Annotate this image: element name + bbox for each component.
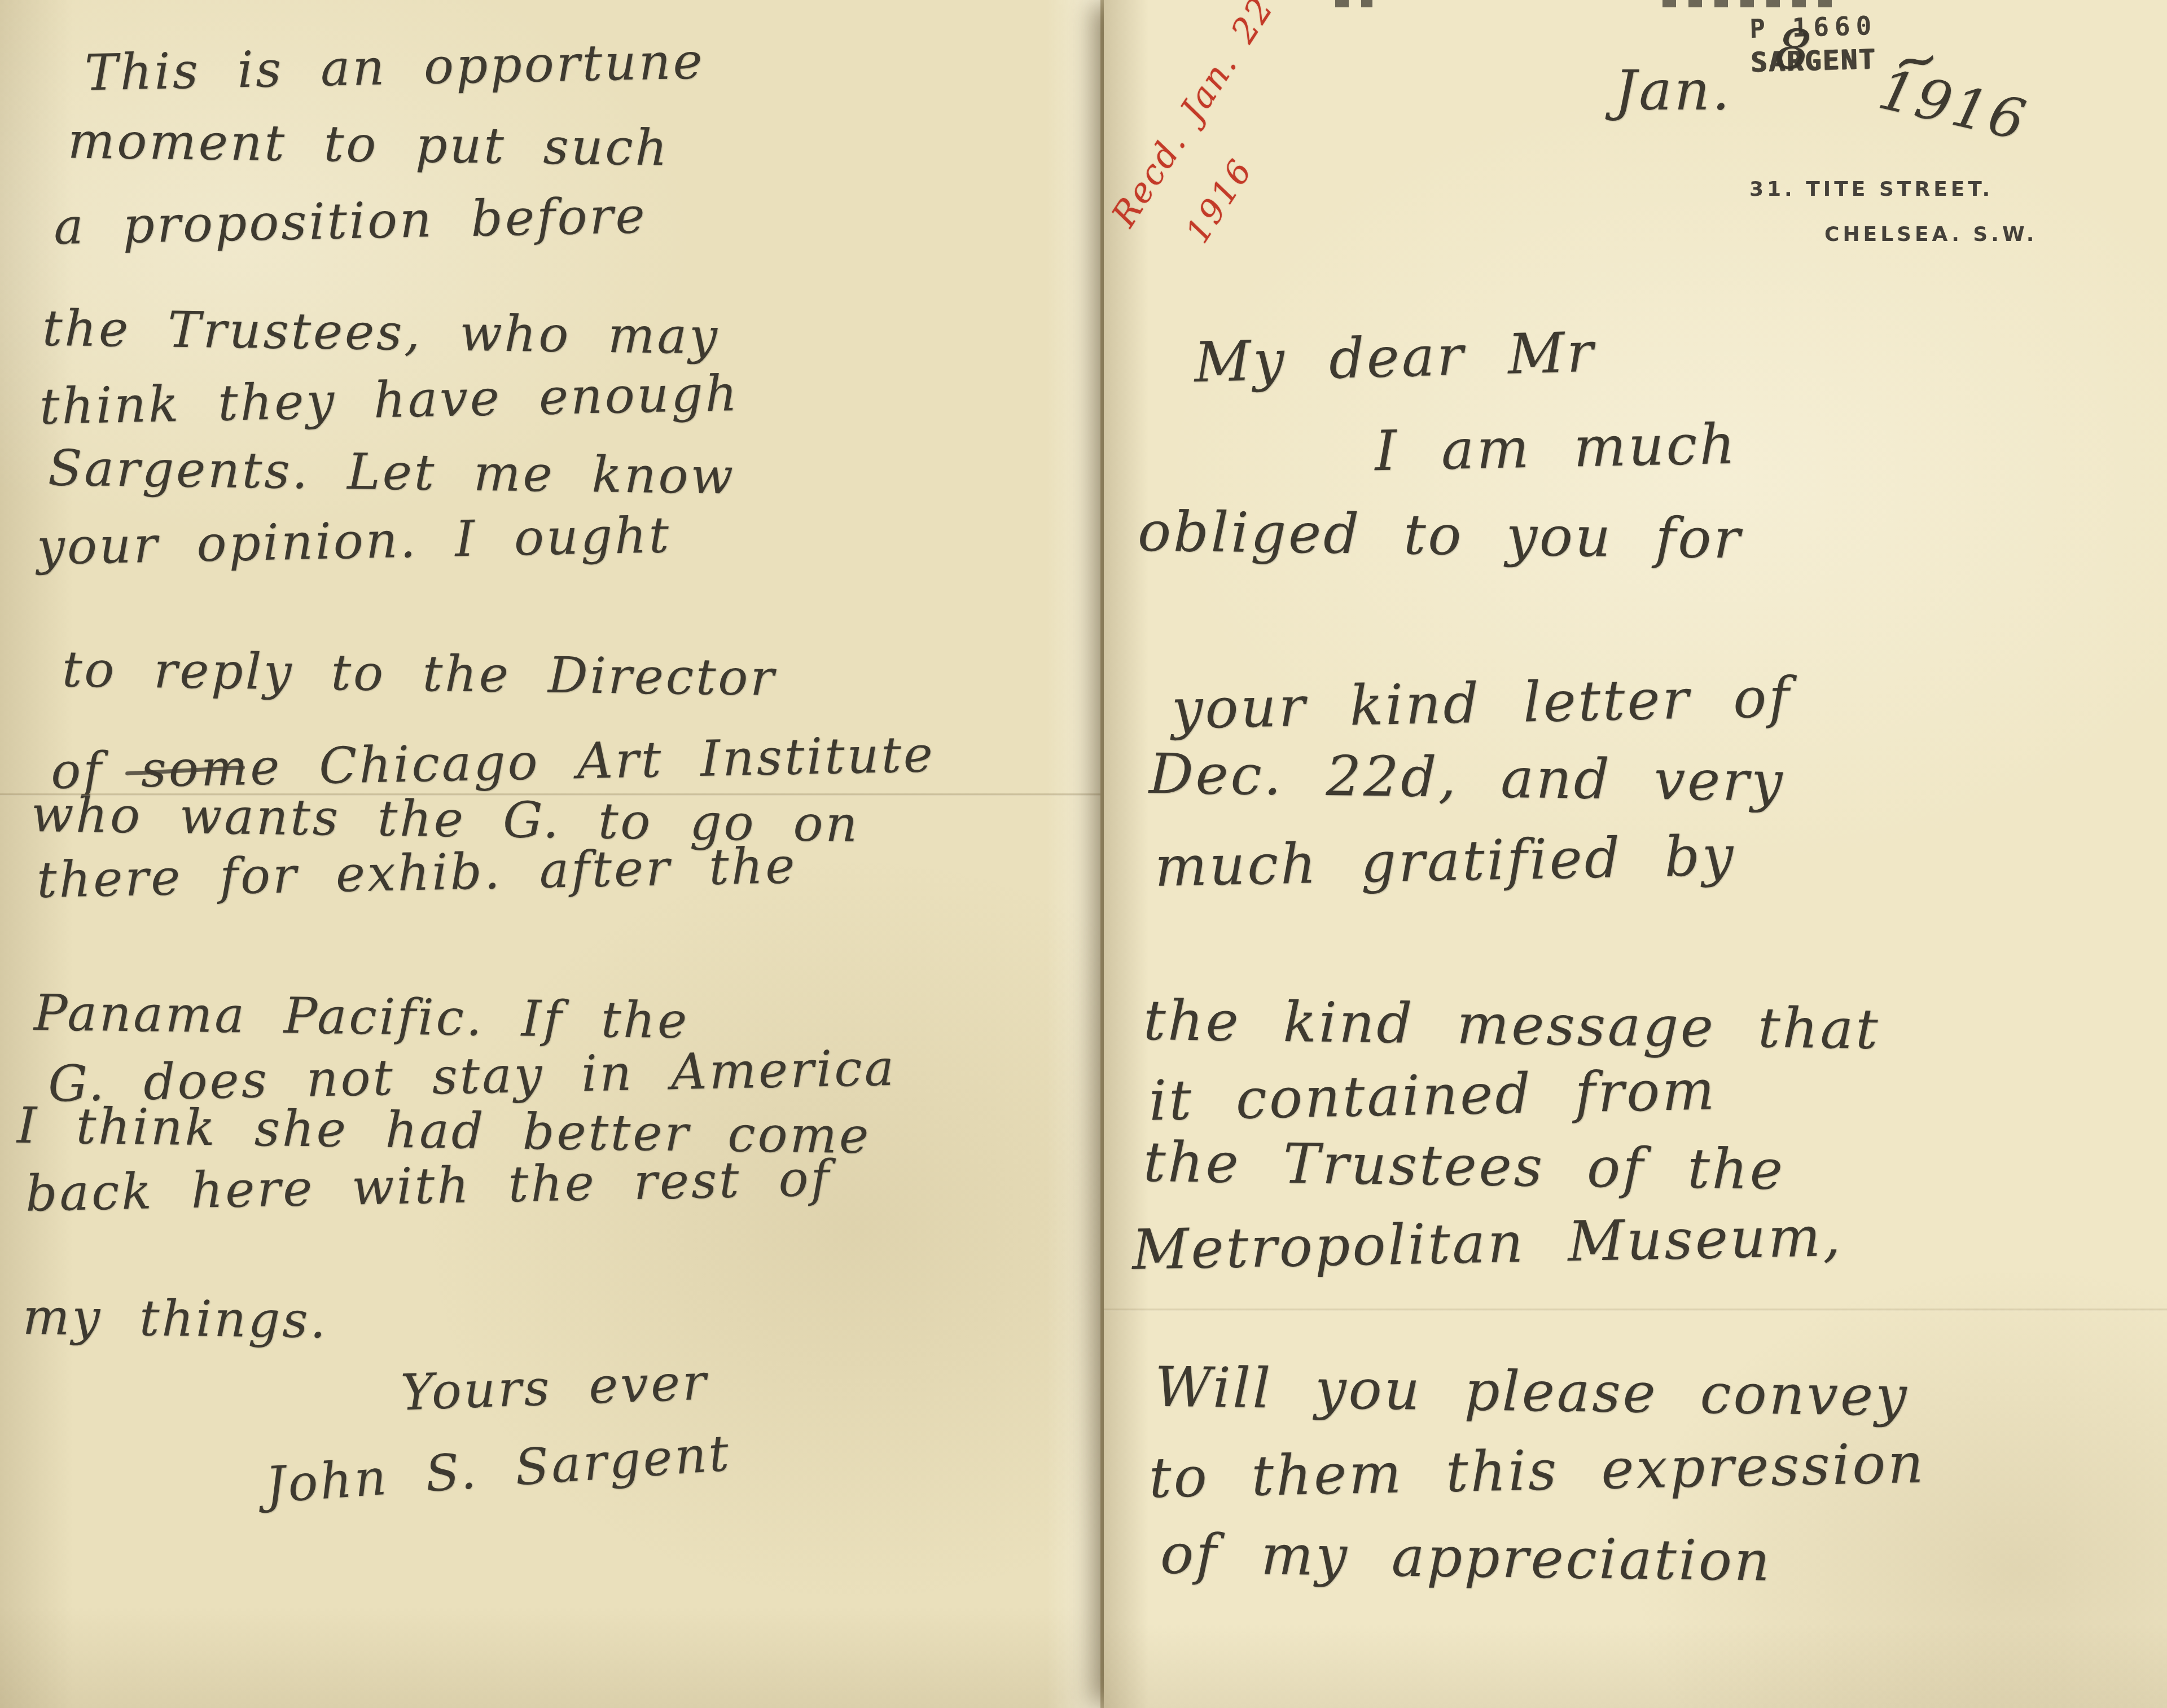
letter-page-left: This is an opportunemoment to put sucha …	[0, 0, 1100, 1708]
right-page-handwriting: I am muchobliged to you foryour kind let…	[1104, 0, 2167, 1708]
handwriting-line: much gratified by	[1154, 828, 1736, 895]
handwriting-line: the Trustees of the	[1143, 1135, 1785, 1198]
handwriting-line: my things.	[22, 1292, 328, 1346]
handwriting-line: it contained from	[1148, 1062, 1717, 1129]
handwriting-line: Sargents. Let me know	[48, 444, 736, 502]
fold-crease	[0, 793, 1100, 796]
handwriting-line: This is an opportune	[84, 36, 705, 98]
handwriting-line: I am much	[1374, 417, 1738, 479]
closing-valediction: Yours ever	[400, 1358, 709, 1418]
handwriting-line: Metropolitan Museum,	[1131, 1209, 1843, 1278]
handwriting-line: back here with the rest of	[25, 1153, 831, 1218]
handwriting-line: there for exhib. after the	[36, 841, 797, 905]
fold-crease	[1104, 1308, 2167, 1311]
handwriting-line: think they have enough	[39, 368, 740, 432]
handwriting-line: your opinion. I ought	[36, 510, 672, 572]
handwriting-line: of some Chicago Art Institute	[50, 730, 935, 796]
handwriting-line: to reply to the Director	[62, 644, 777, 702]
handwriting-line: a proposition before	[53, 191, 647, 252]
letter-page-right: Recd. Jan. 22 1916 Jan. 8 ~ 1916 P 1660 …	[1104, 0, 2167, 1708]
handwriting-line: moment to put such	[68, 116, 670, 173]
handwriting-line: of my appreciation	[1160, 1526, 1772, 1589]
handwriting-line: obliged to you for	[1137, 504, 1742, 567]
letter-scan: This is an opportunemoment to put sucha …	[0, 0, 2167, 1708]
handwriting-line: to them this expression	[1148, 1436, 1926, 1506]
handwriting-line: the kind message that	[1143, 993, 1880, 1057]
handwriting-line: Panama Pacific. If the	[34, 988, 690, 1046]
handwriting-line: Dec. 22d, and very	[1148, 747, 1785, 810]
handwriting-line: the Trustees, who may	[42, 304, 720, 362]
handwriting-line: your kind letter of	[1171, 670, 1792, 737]
handwriting-line: Will you please convey	[1154, 1360, 1909, 1424]
